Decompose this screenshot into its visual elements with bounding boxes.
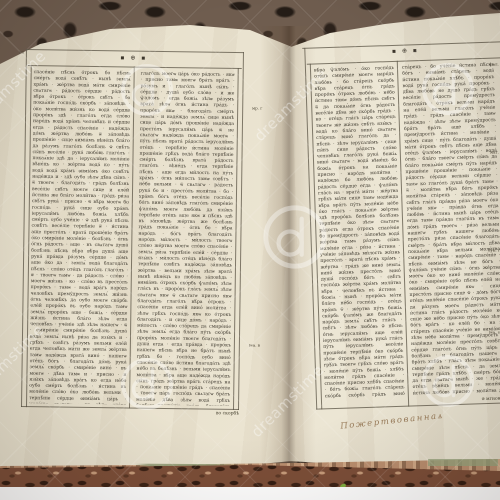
- dreamstime-logo-icon: [119, 356, 175, 412]
- dreamstime-logo-icon: [420, 353, 476, 409]
- dreamstime-logo-icon: [119, 62, 175, 118]
- photo-open-antique-book: ▪ ⊕ ▪ спасе́ніе пѣ́снь о́трокъ бо пѣ́снь…: [0, 0, 500, 500]
- watermark-layer: dreamstime dreamstime dreamstime dreamst…: [0, 0, 500, 488]
- dreamstime-logo-icon-center: [261, 203, 329, 271]
- dreamstime-logo-icon: [420, 61, 476, 117]
